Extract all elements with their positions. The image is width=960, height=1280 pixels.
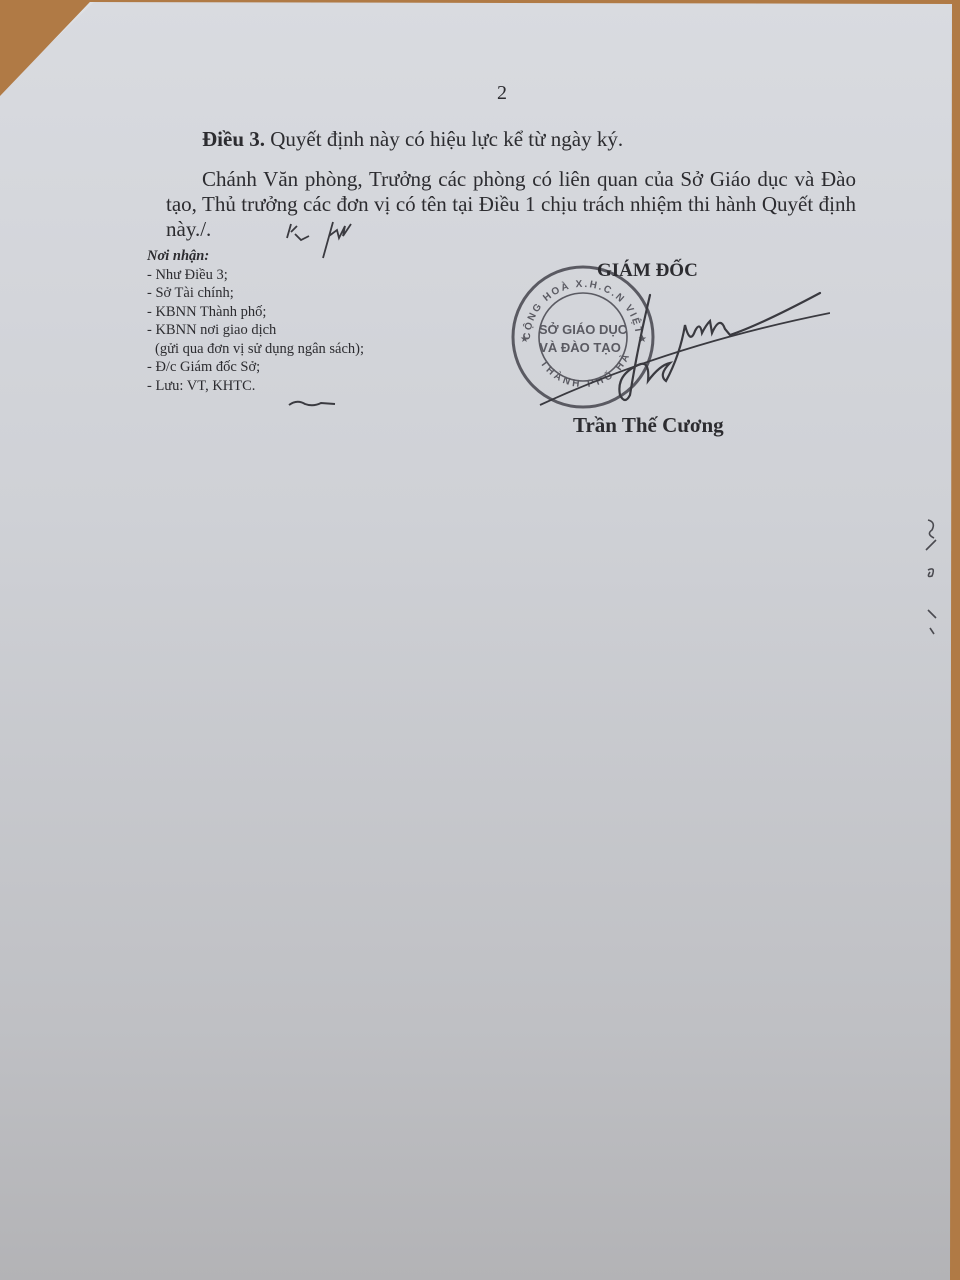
recipient-item: - Như Điều 3; <box>147 266 364 285</box>
paragraph-text: Chánh Văn phòng, Trưởng các phòng có liê… <box>166 167 856 241</box>
recipients-heading: Nơi nhận: <box>147 247 364 266</box>
fold-crease <box>0 0 96 46</box>
folded-corner <box>0 0 100 100</box>
handwritten-signature <box>520 285 830 415</box>
recipient-item: - Lưu: VT, KHTC. <box>147 377 364 396</box>
recipient-item: - Sở Tài chính; <box>147 284 364 303</box>
article-3: Điều 3. Quyết định này có hiệu lực kể từ… <box>202 127 623 152</box>
recipient-item-note: (gửi qua đơn vị sử dụng ngân sách); <box>147 340 364 359</box>
article-label: Điều 3. <box>202 127 265 151</box>
recipient-item: - KBNN nơi giao dịch <box>147 321 364 340</box>
article-text: Quyết định này có hiệu lực kể từ ngày ký… <box>265 127 623 151</box>
margin-handwriting <box>918 510 948 650</box>
recipients-list: Nơi nhận: - Như Điều 3; - Sở Tài chính; … <box>147 247 364 395</box>
recipient-item: - KBNN Thành phố; <box>147 303 364 322</box>
page-number: 2 <box>497 82 507 105</box>
recipient-item: - Đ/c Giám đốc Sở; <box>147 358 364 377</box>
signer-position: GIÁM ĐỐC <box>597 260 698 282</box>
initial-scribble <box>287 397 337 409</box>
signer-name: Trần Thế Cương <box>573 413 724 438</box>
implementation-paragraph: Chánh Văn phòng, Trưởng các phòng có liê… <box>166 167 856 242</box>
